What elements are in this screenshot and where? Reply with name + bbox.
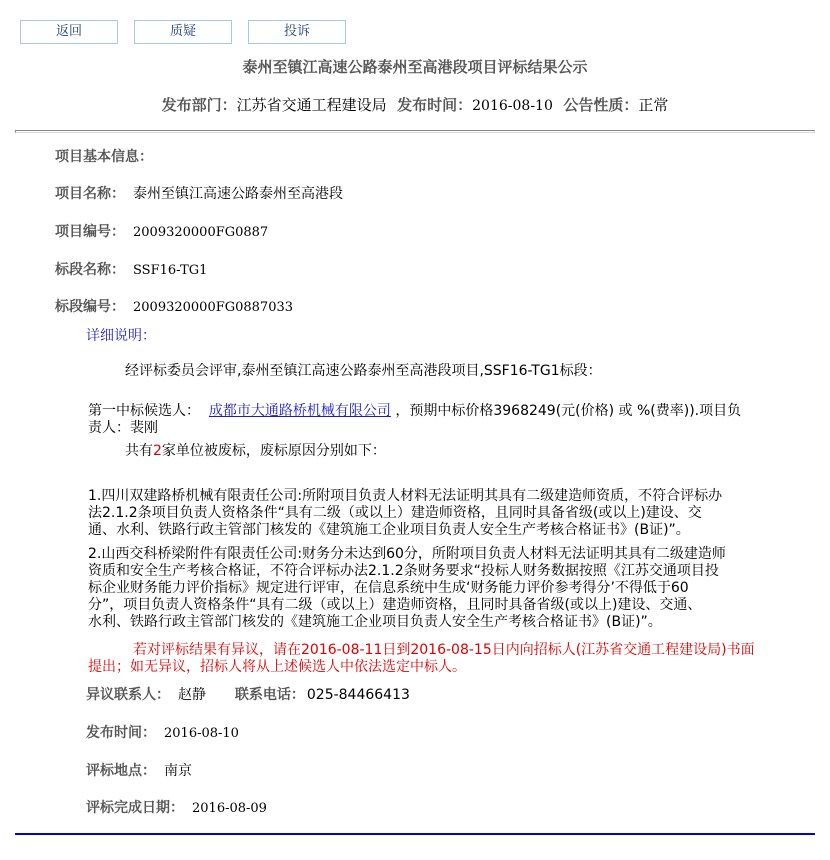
footer-divider: [15, 833, 815, 835]
contact-phone-value: 025-84466413: [307, 687, 410, 703]
reason-line: 通、水利、铁路行政主管部门核发的《建筑施工企业项目负责人安全生产考核合格证书》(…: [88, 522, 690, 538]
disqualified-count: 2: [153, 443, 162, 459]
project-no-value: 2009320000FG0887: [133, 225, 268, 240]
time-value: 2016-08-10: [472, 98, 553, 114]
first-candidate: 第一中标候选人： 成都市大通路桥机械有限公司 ，预期中标价格3968249(元(…: [88, 403, 741, 437]
location-row: 评标地点：南京: [86, 760, 192, 780]
publish-time-value: 2016-08-10: [164, 726, 239, 741]
basic-info-heading: 项目基本信息：: [55, 146, 153, 166]
complaint-button[interactable]: 投诉: [248, 20, 346, 44]
project-name-label: 项目名称：: [55, 186, 125, 202]
evaluation-intro: 经评标委员会评审,泰州至镇江高速公路泰州至高港段项目,SSF16-TG1标段：: [125, 363, 602, 380]
contact-person-value: 赵静: [178, 687, 206, 703]
finish-date-value: 2016-08-09: [192, 801, 267, 816]
section-name-label: 标段名称：: [55, 262, 125, 278]
detail-label: 详细说明：: [86, 325, 156, 345]
finish-date-row: 评标完成日期：2016-08-09: [86, 797, 267, 817]
reason-line: 法2.1.2条项目负责人资格条件“具有二级（或以上）建造师资格，且同时具备省级(…: [88, 505, 702, 521]
candidate-price: ，预期中标价格3968249(元(价格) 或 %(费率)).项目负: [395, 403, 741, 419]
objection-line: 提出；如无异议，招标人将从上述候选人中依法选定中标人。: [88, 659, 466, 675]
finish-date-label: 评标完成日期：: [86, 800, 184, 816]
objection-notice: 若对评标结果有异议，请在2016-08-11日到2016-08-15日内向招标人…: [88, 642, 755, 676]
reason-line: 水利、铁路行政主管部门核发的《建筑施工企业项目负责人安全生产考核合格证书》(B证…: [88, 614, 662, 630]
disqualified-reason-2: 2.山西交科桥梁附件有限责任公司:财务分未达到60分，所附项目负责人材料无法证明…: [88, 546, 726, 631]
project-name-row: 项目名称：泰州至镇江高速公路泰州至高港段: [55, 183, 343, 203]
location-value: 南京: [164, 763, 192, 779]
question-button[interactable]: 质疑: [134, 20, 232, 44]
contact-person-label: 异议联系人：: [86, 687, 170, 703]
dept-label: 发布部门：: [162, 96, 237, 114]
objection-line: 若对评标结果有异议，请在2016-08-11日到2016-08-15日内向招标人…: [88, 642, 755, 658]
publish-time-label: 发布时间：: [86, 725, 156, 741]
reason-line: 标企业财务能力评价指标》规定进行评审，在信息系统中生成‘财务能力评价参考得分’不…: [88, 580, 689, 596]
contact-phone-label: 联系电话：: [235, 687, 305, 703]
section-no-value: 2009320000FG0887033: [133, 300, 293, 315]
location-label: 评标地点：: [86, 763, 156, 779]
time-label: 发布时间：: [397, 96, 472, 114]
section-no-label: 标段编号：: [55, 299, 125, 315]
candidate-manager: 责人：裴刚: [88, 420, 158, 436]
disqualified-reason-1: 1.四川双建路桥机械有限责任公司:所附项目负责人材料无法证明其具有二级建造师资质…: [88, 488, 722, 539]
dept-value: 江苏省交通工程建设局: [237, 96, 387, 114]
back-button[interactable]: 返回: [20, 20, 118, 44]
project-name-value: 泰州至镇江高速公路泰州至高港段: [133, 186, 343, 202]
candidate-company-link[interactable]: 成都市大通路桥机械有限公司: [209, 403, 391, 419]
disqualified-suffix: 家单位被废标，废标原因分别如下：: [162, 443, 386, 459]
announcement-meta: 发布部门：江苏省交通工程建设局 发布时间：2016-08-10 公告性质：正常: [0, 94, 830, 115]
header-divider: [15, 130, 815, 133]
project-no-label: 项目编号：: [55, 224, 125, 240]
reason-line: 分”，项目负责人资格条件“具有二级（或以上）建造师资格，且同时具备省级(或以上)…: [88, 597, 701, 613]
section-name-row: 标段名称：SSF16-TG1: [55, 259, 207, 279]
publish-time-row: 发布时间：2016-08-10: [86, 722, 239, 742]
disqualified-summary: 共有2家单位被废标，废标原因分别如下：: [125, 443, 386, 460]
page-title: 泰州至镇江高速公路泰州至高港段项目评标结果公示: [0, 56, 830, 77]
nature-label: 公告性质：: [563, 96, 638, 114]
reason-line: 2.山西交科桥梁附件有限责任公司:财务分未达到60分，所附项目负责人材料无法证明…: [88, 546, 726, 562]
section-no-row: 标段编号：2009320000FG0887033: [55, 296, 293, 316]
reason-line: 1.四川双建路桥机械有限责任公司:所附项目负责人材料无法证明其具有二级建造师资质…: [88, 488, 722, 504]
section-name-value: SSF16-TG1: [133, 263, 207, 278]
project-no-row: 项目编号：2009320000FG0887: [55, 221, 268, 241]
contact-row: 异议联系人：赵静 联系电话：025-84466413: [86, 684, 410, 704]
nature-value: 正常: [638, 96, 668, 114]
reason-line: 资质和安全生产考核合格证，不符合评标办法2.1.2条财务要求“投标人财务数据按照…: [88, 563, 719, 579]
disqualified-prefix: 共有: [125, 443, 153, 459]
candidate-prefix: 第一中标候选人：: [88, 403, 200, 419]
